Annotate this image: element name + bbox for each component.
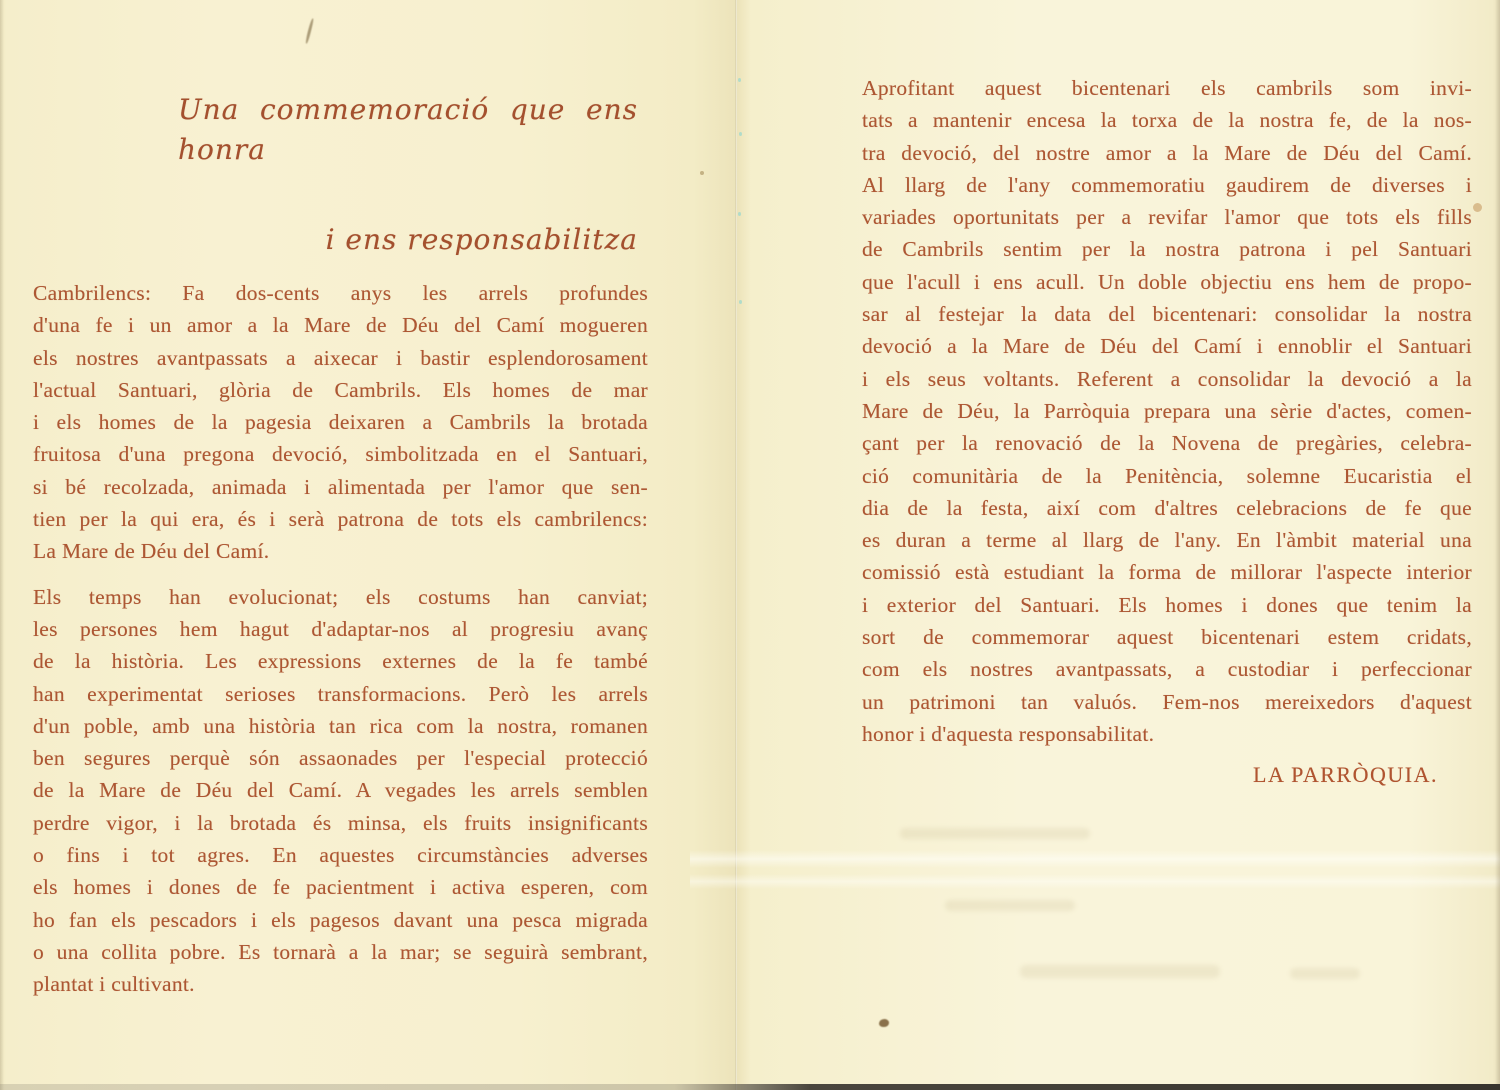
text-line: Aprofitant aquest bicentenari els cambri… <box>862 72 1472 104</box>
page-right: Aprofitant aquest bicentenari els cambri… <box>737 0 1500 1090</box>
text-line: ben segures perquè són assaonades per l'… <box>33 742 648 774</box>
text-line: es duran a terme al llarg de l'any. En l… <box>862 524 1472 556</box>
text-line: devoció a la Mare de Déu del Camí i enno… <box>862 330 1472 362</box>
show-through-smudge <box>1290 968 1360 979</box>
text-line: tien per la qui era, és i serà patrona d… <box>33 503 648 535</box>
text-line: l'actual Santuari, glòria de Cambrils. E… <box>33 374 648 406</box>
text-line: de la Mare de Déu del Camí. A vegades le… <box>33 774 648 806</box>
scan-edge-bottom <box>0 1084 1500 1090</box>
text-line: d'un poble, amb una història tan rica co… <box>33 710 648 742</box>
text-line: perdre vigor, i la brotada és minsa, els… <box>33 807 648 839</box>
fold-speck <box>738 212 741 216</box>
text-line: honor i d'aquesta responsabilitat. <box>862 718 1472 750</box>
text-line: dia de la festa, així com d'altres celeb… <box>862 492 1472 524</box>
text-line: fruitosa d'una pregona devoció, simbolit… <box>33 438 648 470</box>
paragraph-3: Aprofitant aquest bicentenari els cambri… <box>862 72 1472 750</box>
fold-speck <box>738 78 741 82</box>
fold-speck <box>739 300 742 304</box>
signature: LA PARRÒQUIA. <box>1253 762 1438 788</box>
text-line: han experimentat serioses transformacion… <box>33 678 648 710</box>
text-line: o una collita pobre. Es tornarà a la mar… <box>33 936 648 968</box>
text-line: els homes i dones de fe pacientment i ac… <box>33 871 648 903</box>
text-line: les persones hem hagut d'adaptar-nos al … <box>33 613 648 645</box>
scanned-booklet-spread: Una commemoració que ens honra i ens res… <box>0 0 1500 1090</box>
fold-speck <box>739 132 742 136</box>
text-line: tats a mantenir encesa la torxa de la no… <box>862 104 1472 136</box>
paper-speck <box>700 171 704 175</box>
page-title: Una commemoració que ens honra i ens res… <box>178 90 638 260</box>
text-line: comissió està estudiant la forma de mill… <box>862 556 1472 588</box>
text-line: i els seus voltants. Referent a consolid… <box>862 363 1472 395</box>
text-line: variades oportunitats per a revifar l'am… <box>862 201 1472 233</box>
text-line: sar al festejar la data del bicentenari:… <box>862 298 1472 330</box>
scan-edge-left <box>0 0 4 1090</box>
text-line: els nostres avantpassats a aixecar i bas… <box>33 342 648 374</box>
text-line: un patrimoni tan valuós. Fem-nos mereixe… <box>862 686 1472 718</box>
text-line: plantat i cultivant. <box>33 968 648 1000</box>
text-line: çant per la renovació de la Novena de pr… <box>862 427 1472 459</box>
paragraph-2: Els temps han evolucionat; els costums h… <box>33 581 648 1001</box>
paper-dot <box>1473 203 1482 212</box>
show-through-smudge <box>1020 965 1220 978</box>
text-line: Mare de Déu, la Parròquia prepara una sè… <box>862 395 1472 427</box>
text-line: i els homes de la pagesia deixaren a Cam… <box>33 406 648 438</box>
paragraph-1: Cambrilencs: Fa dos-cents anys les arrel… <box>33 277 648 568</box>
heading-line-2: i ens responsabilitza <box>178 220 638 260</box>
text-line: sort de commemorar aquest bicentenari es… <box>862 621 1472 653</box>
text-line: La Mare de Déu del Camí. <box>33 535 648 567</box>
text-line: o fins i tot agres. En aquestes circumst… <box>33 839 648 871</box>
paper-stain <box>879 1019 889 1027</box>
text-line: que l'acull i ens acull. Un doble object… <box>862 266 1472 298</box>
text-line: Els temps han evolucionat; els costums h… <box>33 581 648 613</box>
text-line: de Cambrils sentim per la nostra patrona… <box>862 233 1472 265</box>
show-through-smudge <box>900 828 1090 839</box>
text-line: d'una fe i un amor a la Mare de Déu del … <box>33 309 648 341</box>
scan-edge-right <box>1495 0 1500 1090</box>
left-page-text: Cambrilencs: Fa dos-cents anys les arrel… <box>33 277 648 1001</box>
text-line: ció comunitària de la Penitència, solemn… <box>862 460 1472 492</box>
text-line: tra devoció, del nostre amor a la Mare d… <box>862 137 1472 169</box>
page-left: Una commemoració que ens honra i ens res… <box>0 0 737 1090</box>
heading-line-1: Una commemoració que ens honra <box>178 90 638 170</box>
text-line: i exterior del Santuari. Els homes i don… <box>862 589 1472 621</box>
text-line: ho fan els pescadors i els pagesos davan… <box>33 904 648 936</box>
text-line: Cambrilencs: Fa dos-cents anys les arrel… <box>33 277 648 309</box>
text-line: Al llarg de l'any commemoratiu gaudirem … <box>862 169 1472 201</box>
right-page-text: Aprofitant aquest bicentenari els cambri… <box>862 72 1472 750</box>
text-line: si bé recolzada, animada i alimentada pe… <box>33 471 648 503</box>
text-line: com els nostres avantpassats, a custodia… <box>862 653 1472 685</box>
text-line: de la història. Les expressions externes… <box>33 645 648 677</box>
show-through-smudge <box>945 900 1075 911</box>
